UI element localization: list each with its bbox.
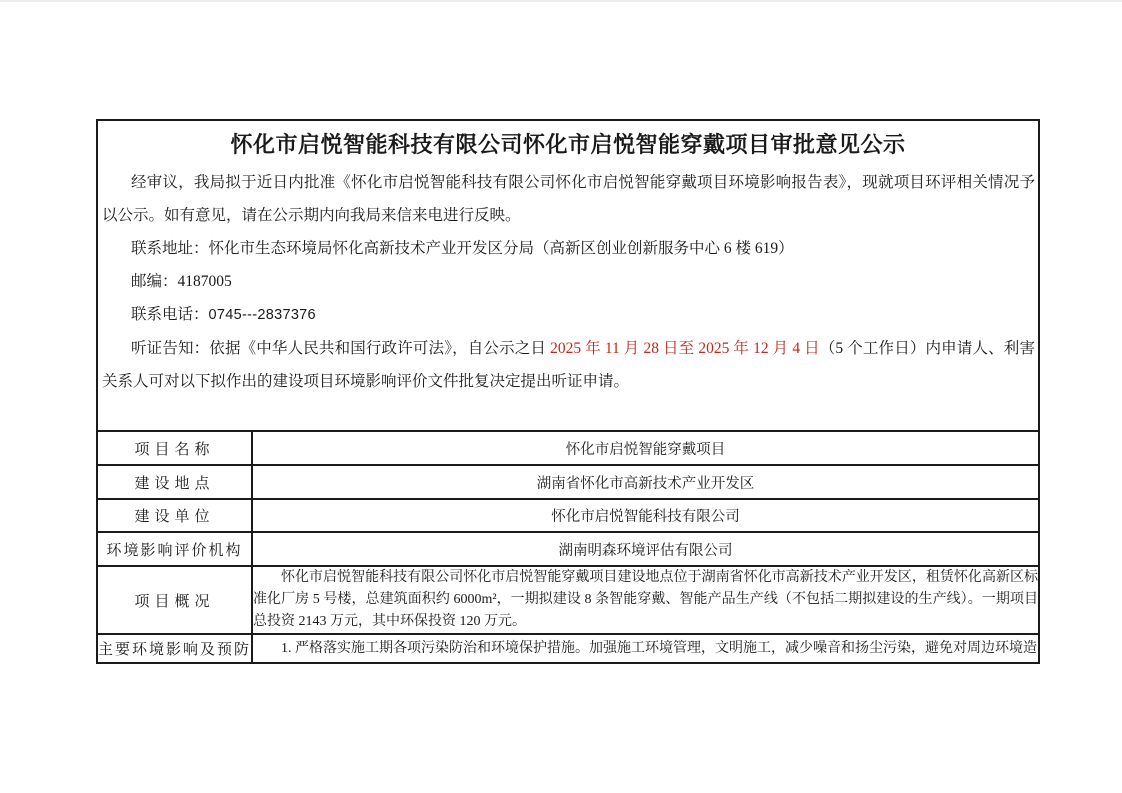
notice-title: 怀化市启悦智能科技有限公司怀化市启悦智能穿戴项目审批意见公示 (104, 130, 1032, 160)
construction-site-label: 建设地点 (98, 465, 252, 499)
page-top-edge (0, 0, 1122, 2)
construction-unit-label: 建设单位 (98, 499, 252, 532)
notice-body: 经审议，我局拟于近日内批准《怀化市启悦智能科技有限公司怀化市启悦智能穿戴项目环境… (102, 166, 1035, 398)
contact-phone-value: 0745---2837376 (209, 307, 316, 323)
table-row-construction-site: 建设地点 湖南省怀化市高新技术产业开发区 (98, 465, 1038, 499)
project-name-label: 项目名称 (98, 431, 252, 465)
notice-document: 怀化市启悦智能科技有限公司怀化市启悦智能穿戴项目审批意见公示 经审议，我局拟于近… (96, 119, 1040, 664)
project-info-table: 项目名称 怀化市启悦智能穿戴项目 建设地点 湖南省怀化市高新技术产业开发区 建设… (98, 430, 1038, 662)
postal-code-value: 4187005 (178, 273, 232, 290)
hearing-notice-line: 听证告知：依据《中华人民共和国行政许可法》，自公示之日 2025 年 11 月 … (102, 332, 1035, 398)
project-name-value: 怀化市启悦智能穿戴项目 (252, 431, 1038, 465)
project-overview-label: 项目概况 (98, 566, 252, 634)
hearing-prefix: 听证告知：依据《中华人民共和国行政许可法》，自公示之日 (131, 340, 550, 357)
eia-agency-label: 环境影响评价机构 (98, 532, 252, 566)
table-row-project-overview: 项目概况 怀化市启悦智能科技有限公司怀化市启悦智能穿戴项目建设地点位于湖南省怀化… (98, 566, 1038, 634)
main-environmental-impact-value: 1. 严格落实施工期各项污染防治和环境保护措施。加强施工环境管理，文明施工，减少… (252, 634, 1038, 662)
project-overview-value: 怀化市启悦智能科技有限公司怀化市启悦智能穿戴项目建设地点位于湖南省怀化市高新技术… (252, 566, 1038, 634)
postal-code-label: 邮编： (131, 273, 178, 290)
table-row-main-environmental-impact: 主要环境影响及预防 1. 严格落实施工期各项污染防治和环境保护措施。加强施工环境… (98, 634, 1038, 662)
intro-paragraph: 经审议，我局拟于近日内批准《怀化市启悦智能科技有限公司怀化市启悦智能穿戴项目环境… (102, 166, 1035, 232)
postal-code-line: 邮编：4187005 (102, 265, 1035, 298)
table-row-eia-agency: 环境影响评价机构 湖南明森环境评估有限公司 (98, 532, 1038, 566)
contact-phone-line: 联系电话：0745---2837376 (102, 298, 1035, 332)
table-row-project-name: 项目名称 怀化市启悦智能穿戴项目 (98, 431, 1038, 465)
construction-unit-value: 怀化市启悦智能科技有限公司 (252, 499, 1038, 532)
hearing-dates: 2025 年 11 月 28 日至 2025 年 12 月 4 日 (550, 340, 820, 357)
contact-phone-label: 联系电话： (131, 306, 209, 323)
table-row-construction-unit: 建设单位 怀化市启悦智能科技有限公司 (98, 499, 1038, 532)
contact-address-line: 联系地址：怀化市生态环境局怀化高新技术产业开发区分局（高新区创业创新服务中心 6… (102, 232, 1035, 265)
construction-site-value: 湖南省怀化市高新技术产业开发区 (252, 465, 1038, 499)
eia-agency-value: 湖南明森环境评估有限公司 (252, 532, 1038, 566)
main-environmental-impact-label: 主要环境影响及预防 (98, 634, 252, 662)
